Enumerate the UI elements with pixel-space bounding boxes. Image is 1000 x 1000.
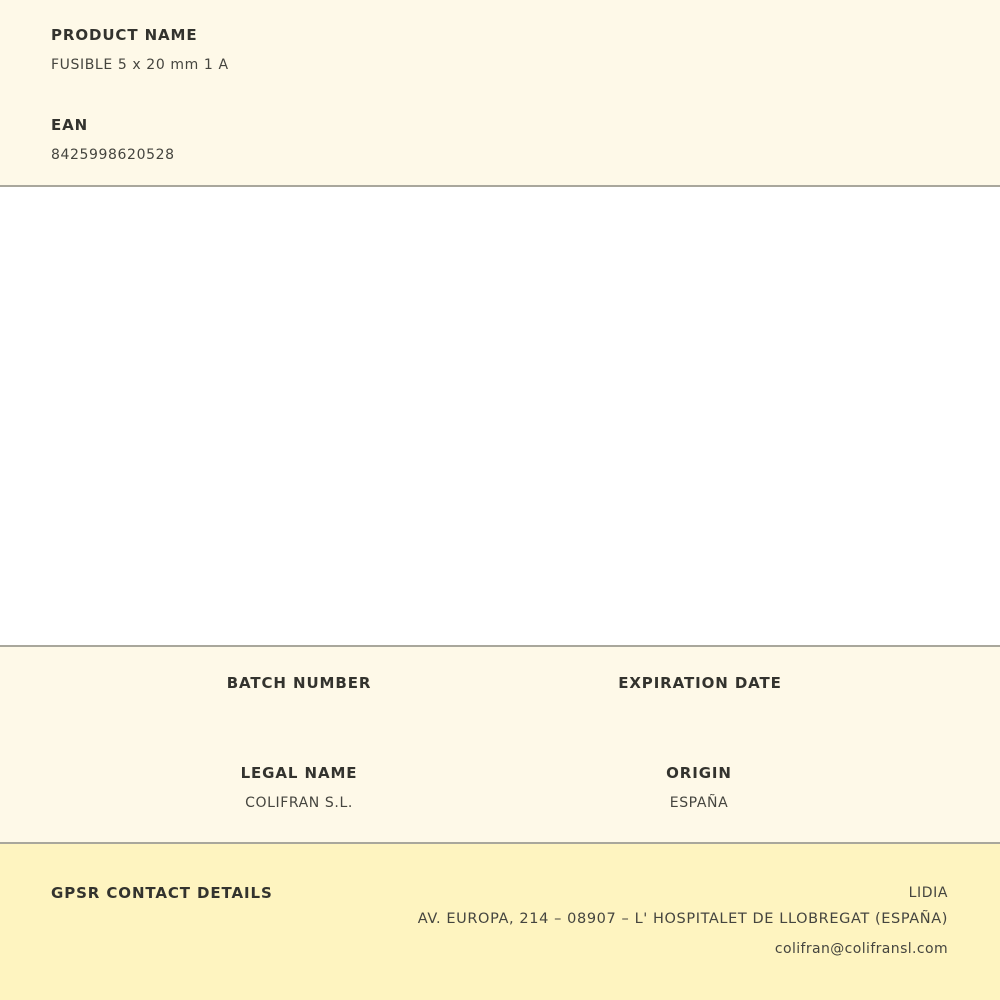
product-name-value: FUSIBLE 5 x 20 mm 1 A	[51, 57, 229, 73]
legal-name-label: LEGAL NAME	[241, 764, 358, 782]
gpsr-contact-email[interactable]: colifran@colifransl.com	[775, 941, 948, 957]
blank-content-area	[0, 187, 1000, 645]
legal-name-value: COLIFRAN S.L.	[245, 795, 353, 811]
ean-label: EAN	[51, 116, 88, 134]
gpsr-contact-section: GPSR CONTACT DETAILS LIDIA AV. EUROPA, 2…	[0, 844, 1000, 1000]
origin-value: ESPAÑA	[670, 795, 729, 811]
batch-number-label: BATCH NUMBER	[227, 674, 372, 692]
ean-value: 8425998620528	[51, 147, 175, 163]
expiration-date-label: EXPIRATION DATE	[618, 674, 782, 692]
origin-label: ORIGIN	[666, 764, 732, 782]
gpsr-contact-address: AV. EUROPA, 214 – 08907 – L' HOSPITALET …	[418, 911, 948, 927]
product-details-section: BATCH NUMBER EXPIRATION DATE LEGAL NAME …	[0, 647, 1000, 842]
gpsr-contact-label: GPSR CONTACT DETAILS	[51, 884, 273, 902]
product-name-label: PRODUCT NAME	[51, 26, 198, 44]
gpsr-contact-name: LIDIA	[909, 885, 948, 901]
product-header-section: PRODUCT NAME FUSIBLE 5 x 20 mm 1 A EAN 8…	[0, 0, 1000, 185]
